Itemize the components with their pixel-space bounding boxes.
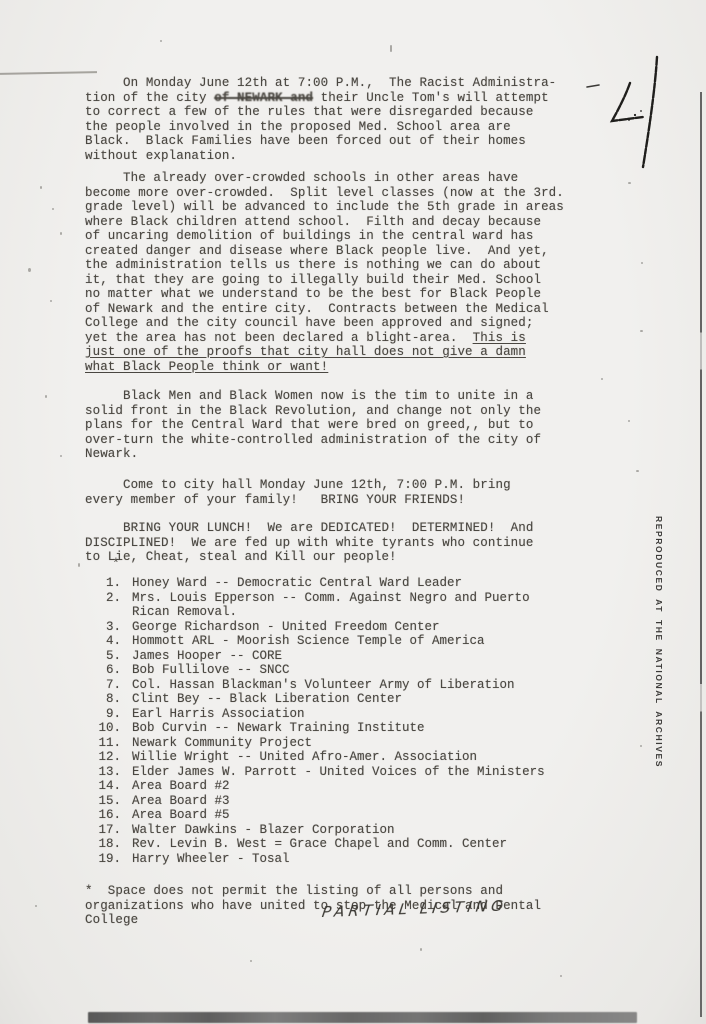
paragraph-lunch: BRING YOUR LUNCH! We are DEDICATED! DETE… xyxy=(85,521,650,565)
list-item: 17. Walter Dawkins - Blazer Corporation xyxy=(85,823,660,838)
list-item: 14. Area Board #2 xyxy=(85,779,660,794)
paragraph-unite: Black Men and Black Women now is the tim… xyxy=(85,389,650,462)
list-item-number: 11. xyxy=(85,736,121,751)
list-item-text: Bob Fullilove -- SNCC xyxy=(132,663,290,678)
list-item-number: 9. xyxy=(85,707,121,722)
list-item: 6. Bob Fullilove -- SNCC xyxy=(85,663,660,678)
list-item-text: Harry Wheeler - Tosal xyxy=(132,852,290,867)
list-item-number: 19. xyxy=(85,852,121,867)
paragraph-schools: The already over-crowded schools in othe… xyxy=(85,171,650,374)
list-item-text: Willie Wright -- United Afro-Amer. Assoc… xyxy=(132,750,477,765)
list-item-number: 12. xyxy=(85,750,121,765)
list-item: 12. Willie Wright -- United Afro-Amer. A… xyxy=(85,750,660,765)
list-item-text: Mrs. Louis Epperson -- Comm. Against Neg… xyxy=(132,591,530,620)
scan-edge-line xyxy=(700,92,702,1017)
list-item-text: Area Board #3 xyxy=(132,794,230,809)
list-item: 19. Harry Wheeler - Tosal xyxy=(85,852,660,867)
list-item: 11. Newark Community Project xyxy=(85,736,660,751)
list-item-text: Area Board #2 xyxy=(132,779,230,794)
list-item: 8. Clint Bey -- Black Liberation Center xyxy=(85,692,660,707)
list-item-number: 18. xyxy=(85,837,121,852)
paragraph-city-hall: Come to city hall Monday June 12th, 7:00… xyxy=(85,478,650,507)
list-item-number: 5. xyxy=(85,649,121,664)
list-item-number: 7. xyxy=(85,678,121,693)
paragraph-schools-text: The already over-crowded schools in othe… xyxy=(85,171,564,345)
list-item-text: Newark Community Project xyxy=(132,736,312,751)
list-item-text: Clint Bey -- Black Liberation Center xyxy=(132,692,402,707)
list-item-text: Earl Harris Association xyxy=(132,707,305,722)
list-item-text: Area Board #5 xyxy=(132,808,230,823)
scanned-document-page: On Monday June 12th at 7:00 P.M., The Ra… xyxy=(0,0,706,1024)
scan-artifact-line xyxy=(0,71,97,75)
list-item: 9. Earl Harris Association xyxy=(85,707,660,722)
list-item-number: 3. xyxy=(85,620,121,635)
asterisk-mark: * xyxy=(112,556,120,571)
list-item: 2. Mrs. Louis Epperson -- Comm. Against … xyxy=(85,591,660,620)
list-item-text: George Richardson - United Freedom Cente… xyxy=(132,620,440,635)
list-item-number: 6. xyxy=(85,663,121,678)
paragraph-intro: On Monday June 12th at 7:00 P.M., The Ra… xyxy=(85,76,650,163)
list-item: 16. Area Board #5 xyxy=(85,808,660,823)
list-item-number: 17. xyxy=(85,823,121,838)
list-item: 10. Bob Curvin -- Newark Training Instit… xyxy=(85,721,660,736)
list-item-text: James Hooper -- CORE xyxy=(132,649,282,664)
list-item: 18. Rev. Levin B. West = Grace Chapel an… xyxy=(85,837,660,852)
overstruck-text: of NEWARK and xyxy=(214,91,313,105)
list-item-number: 16. xyxy=(85,808,121,823)
list-item-text: Col. Hassan Blackman's Volunteer Army of… xyxy=(132,678,515,693)
list-item-text: Hommott ARL - Moorish Science Temple of … xyxy=(132,634,485,649)
list-item: 4. Hommott ARL - Moorish Science Temple … xyxy=(85,634,660,649)
list-item-number: 14. xyxy=(85,779,121,794)
list-item-number: 13. xyxy=(85,765,121,780)
list-item: 15. Area Board #3 xyxy=(85,794,660,809)
list-item-number: 10. xyxy=(85,721,121,736)
list-item-number: 1. xyxy=(85,576,121,591)
list-item-text: Bob Curvin -- Newark Training Institute xyxy=(132,721,425,736)
archives-side-label: REPRODUCED AT THE NATIONAL ARCHIVES xyxy=(654,516,664,786)
list-item-text: Elder James W. Parrott - United Voices o… xyxy=(132,765,545,780)
list-item-number: 4. xyxy=(85,634,121,649)
list-item: 5. James Hooper -- CORE xyxy=(85,649,660,664)
list-item: 13. Elder James W. Parrott - United Voic… xyxy=(85,765,660,780)
list-item: 7. Col. Hassan Blackman's Volunteer Army… xyxy=(85,678,660,693)
list-item-number: 15. xyxy=(85,794,121,809)
list-item-text: Walter Dawkins - Blazer Corporation xyxy=(132,823,395,838)
list-item: 3. George Richardson - United Freedom Ce… xyxy=(85,620,660,635)
list-item-text: Honey Ward -- Democratic Central Ward Le… xyxy=(132,576,462,591)
bottom-smudge-bar xyxy=(88,1012,637,1023)
list-item-number: 2. xyxy=(85,591,121,620)
pen-scribble-icon xyxy=(585,45,695,185)
supporters-list: 1. Honey Ward -- Democratic Central Ward… xyxy=(85,576,660,866)
list-item-number: 8. xyxy=(85,692,121,707)
list-item: 1. Honey Ward -- Democratic Central Ward… xyxy=(85,576,660,591)
list-item-text: Rev. Levin B. West = Grace Chapel and Co… xyxy=(132,837,507,852)
